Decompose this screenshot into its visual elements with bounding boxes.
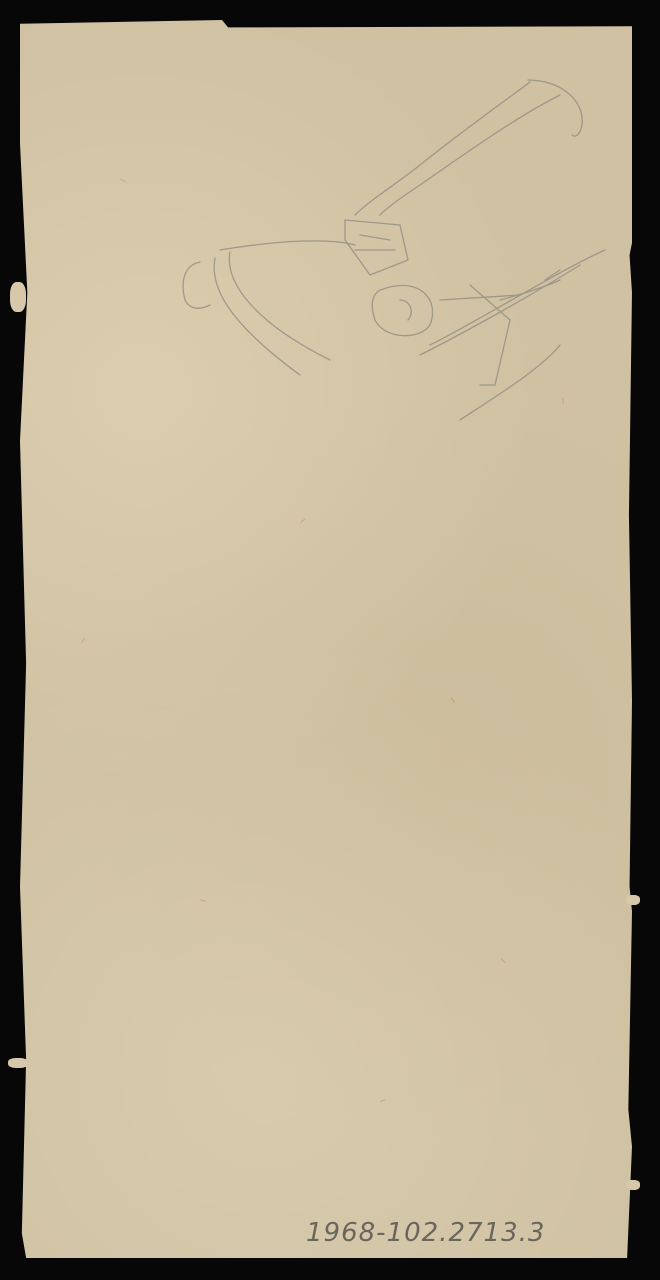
- accession-number: 1968-102.2713.3: [306, 1218, 545, 1248]
- pencil-sketch: [0, 0, 660, 1280]
